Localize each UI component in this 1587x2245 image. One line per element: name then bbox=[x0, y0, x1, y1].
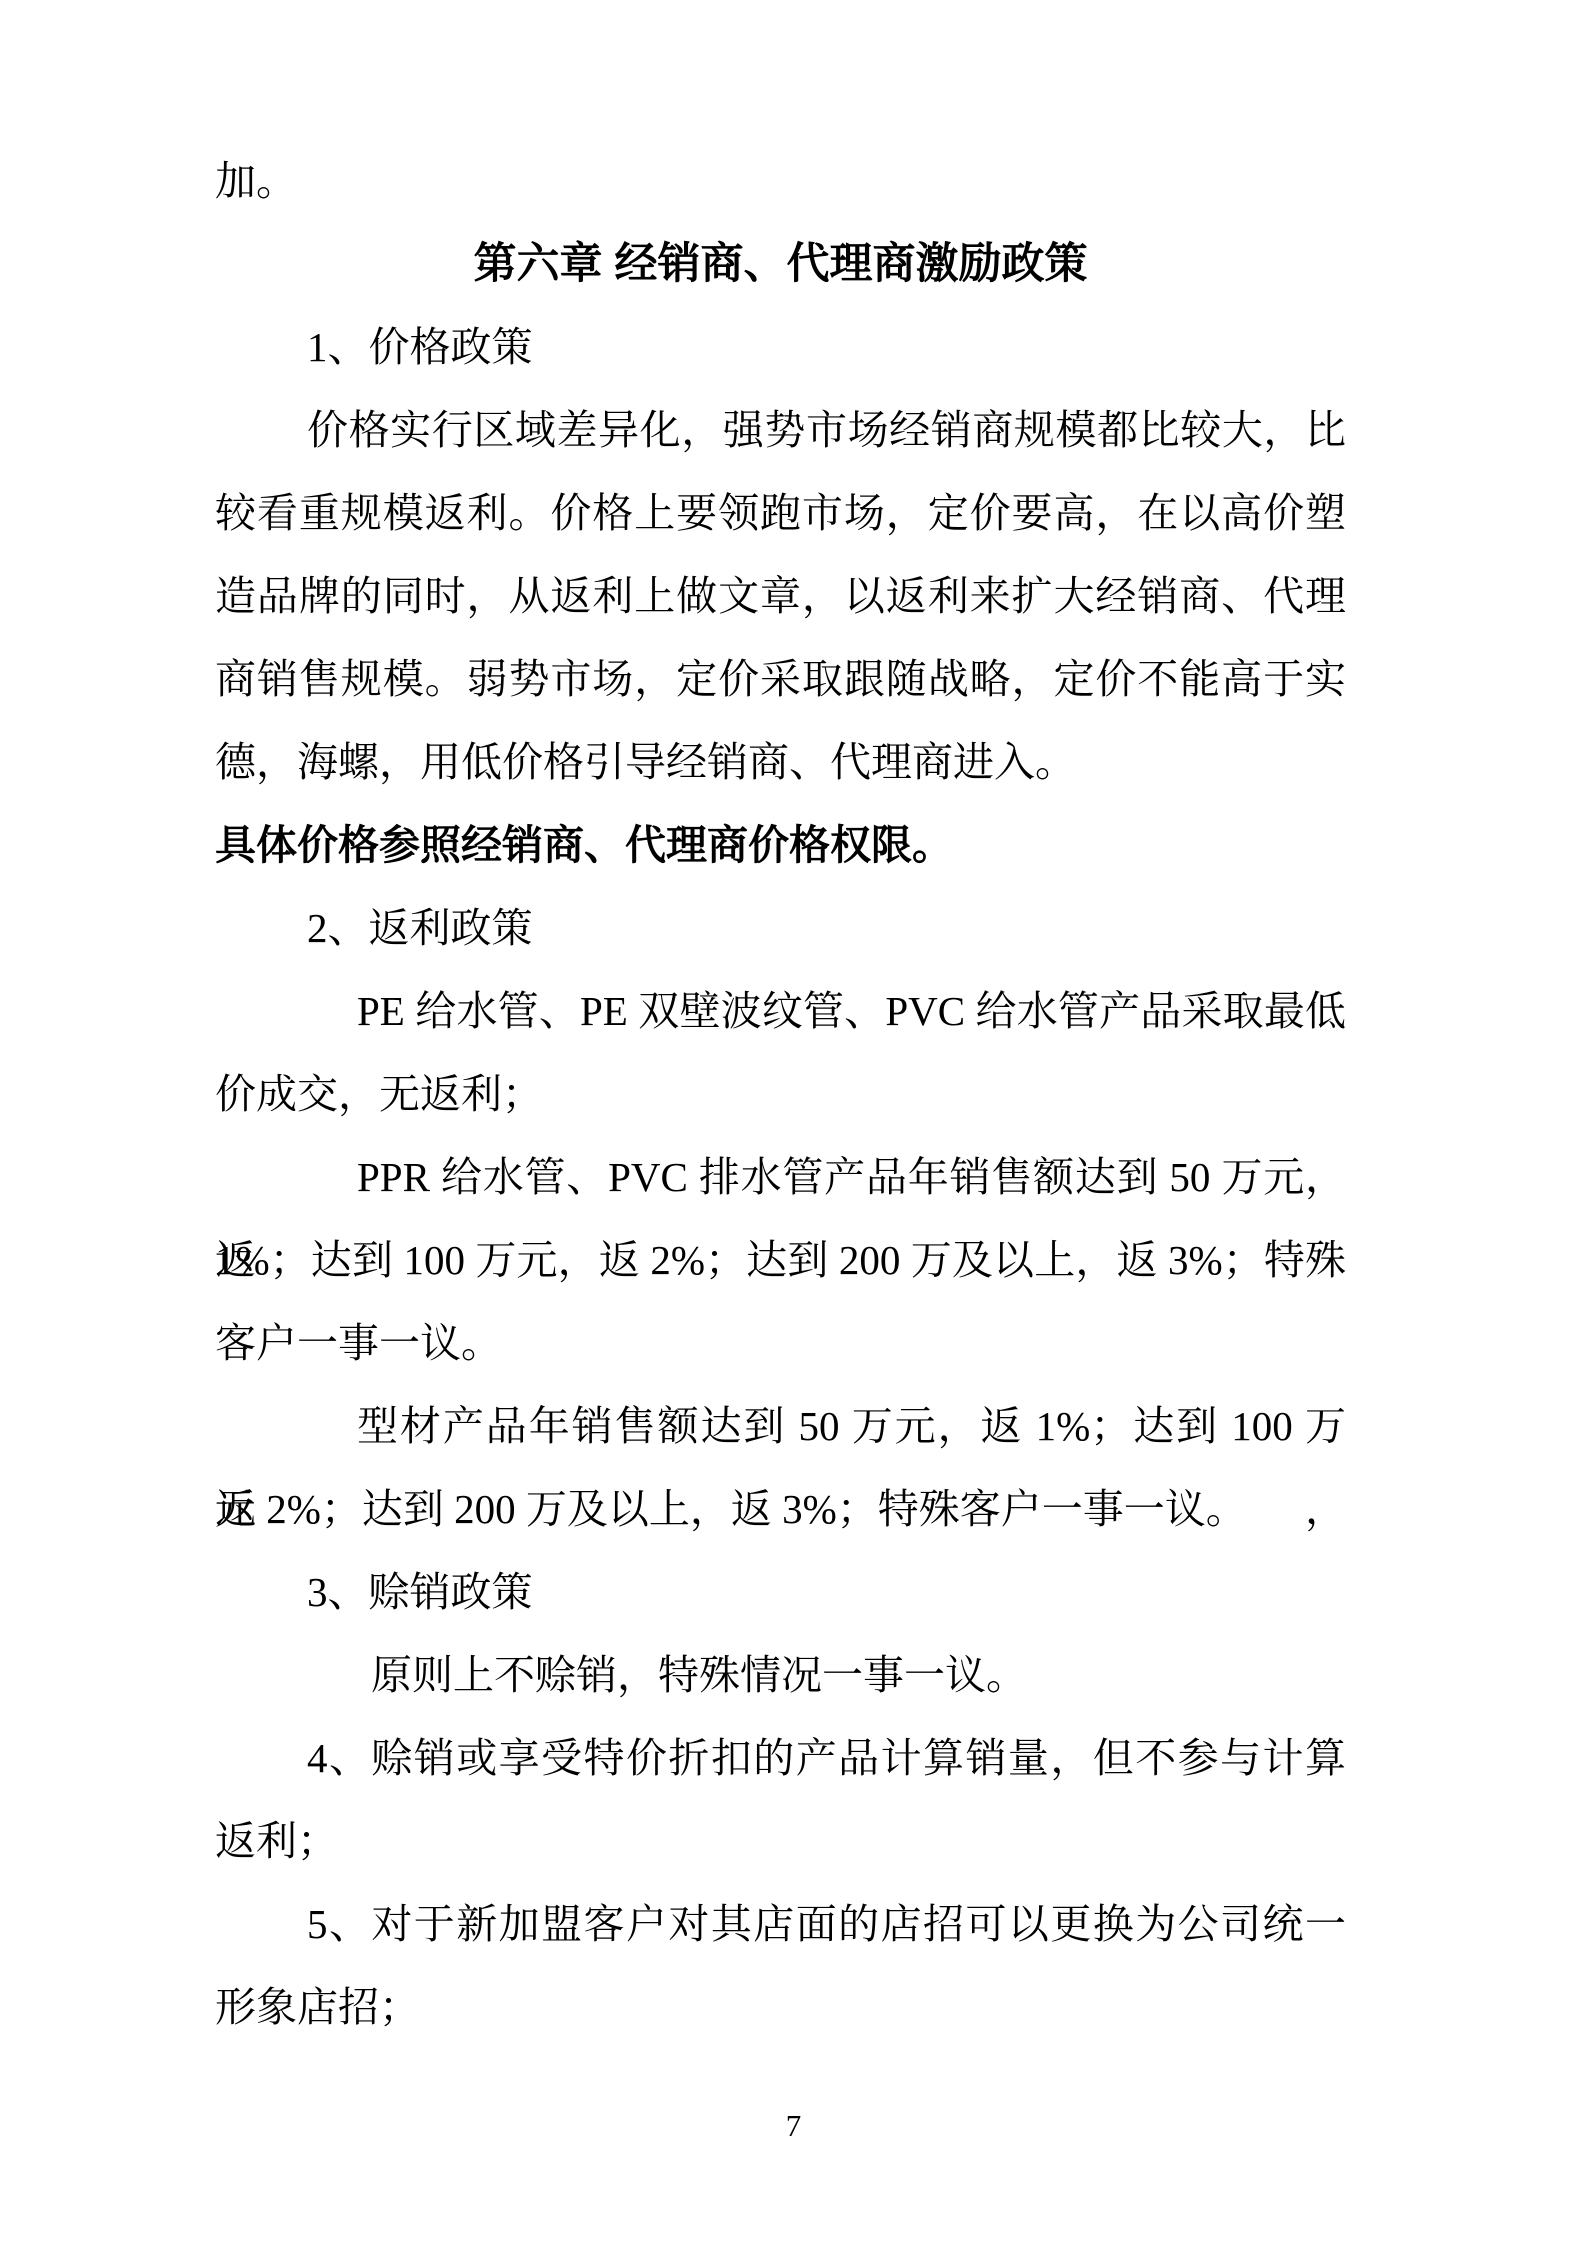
list-item-3: 3、赊销政策 bbox=[215, 1551, 1346, 1634]
text-line: 1%；达到 100 万元，返 2%；达到 200 万及以上，返 3%；特殊 bbox=[215, 1219, 1346, 1302]
chapter-heading: 第六章 经销商、代理商激励政策 bbox=[215, 223, 1346, 306]
document-body: 加。 第六章 经销商、代理商激励政策 1、价格政策 价格实行区域差异化，强势市场… bbox=[215, 140, 1346, 2049]
text-line: 返 2%；达到 200 万及以上，返 3%；特殊客户一事一议。 bbox=[215, 1468, 1346, 1551]
list-item-4: 4、赊销或享受特价折扣的产品计算销量，但不参与计算 bbox=[215, 1717, 1346, 1800]
text-line: 原则上不赊销，特殊情况一事一议。 bbox=[215, 1634, 1346, 1717]
text-line: 价成交，无返利； bbox=[215, 1053, 1346, 1136]
text-line: PPR 给水管、PVC 排水管产品年销售额达到 50 万元，返 bbox=[215, 1136, 1346, 1219]
emphasized-line: 具体价格参照经销商、代理商价格权限。 bbox=[215, 804, 1346, 887]
text-line: 德，海螺，用低价格引导经销商、代理商进入。 bbox=[215, 721, 1346, 804]
text-line: 商销售规模。弱势市场，定价采取跟随战略，定价不能高于实 bbox=[215, 638, 1346, 721]
text-line: PE 给水管、PE 双壁波纹管、PVC 给水管产品采取最低 bbox=[215, 970, 1346, 1053]
list-item-5: 5、对于新加盟客户对其店面的店招可以更换为公司统一 bbox=[215, 1883, 1346, 1966]
text-line: 加。 bbox=[215, 140, 1346, 223]
text-line: 价格实行区域差异化，强势市场经销商规模都比较大，比 bbox=[215, 389, 1346, 472]
list-item-1: 1、价格政策 bbox=[215, 306, 1346, 389]
page-number: 7 bbox=[0, 2106, 1587, 2146]
text-line: 型材产品年销售额达到 50 万元，返 1%；达到 100 万元， bbox=[215, 1385, 1346, 1468]
document-page: 加。 第六章 经销商、代理商激励政策 1、价格政策 价格实行区域差异化，强势市场… bbox=[0, 0, 1587, 2245]
list-item-2: 2、返利政策 bbox=[215, 887, 1346, 970]
text-line: 返利； bbox=[215, 1800, 1346, 1883]
text-line: 形象店招； bbox=[215, 1966, 1346, 2049]
text-line: 客户一事一议。 bbox=[215, 1302, 1346, 1385]
text-line: 造品牌的同时，从返利上做文章，以返利来扩大经销商、代理 bbox=[215, 555, 1346, 638]
text-line: 较看重规模返利。价格上要领跑市场，定价要高，在以高价塑 bbox=[215, 472, 1346, 555]
